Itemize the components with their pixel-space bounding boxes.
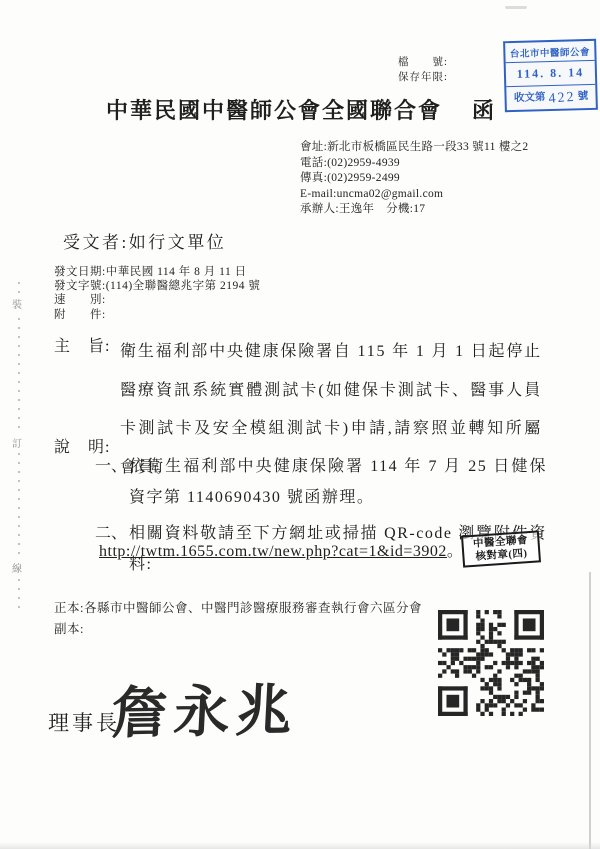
scan-smudge	[505, 6, 527, 9]
item-number: 一、	[95, 451, 127, 482]
archive-labels: 檔 號: 保存年限:	[398, 55, 448, 85]
scan-edge-shadow	[589, 572, 591, 849]
recipient-value: 如行文單位	[129, 233, 227, 252]
contact-undertaker: 承辦人:王逸年 分機:17	[300, 202, 528, 218]
original-copy-line: 正本:各縣市中醫師公會、中醫門診醫療服務審查執行會六區分會	[54, 598, 422, 619]
binding-mark-zhuang: 裝	[12, 294, 22, 313]
item-text: 依衛生福利部中央健康保險署 114 年 7 月 25 日健保資字第 114069…	[129, 458, 547, 506]
title-row: 中華民國中醫師公會全國聯合會 函	[0, 94, 600, 125]
check-stamp: 中醫全聯會 核對章(四)	[461, 530, 541, 567]
contact-email: E-mail:uncma02@gmail.com	[300, 187, 528, 203]
subject-label: 主 旨:	[54, 333, 110, 356]
contact-block: 會址:新北市板橋區民生路一段33 號11 樓之2 電話:(02)2959-493…	[300, 140, 528, 218]
attachment-url-line: http://twtm.1655.com.tw/new.php?cat=1&id…	[99, 538, 463, 561]
explanation-item-1: 一、依衛生福利部中央健康保險署 114 年 7 月 25 日健保資字第 1140…	[95, 451, 547, 513]
meta-block: 發文日期:中華民國 114 年 8 月 11 日 發文字號:(114)全聯醫總兆…	[54, 265, 260, 322]
file-no-label: 檔 號:	[398, 55, 448, 70]
recipient-line: 受文者:如行文單位	[63, 228, 226, 253]
retention-label: 保存年限:	[398, 70, 448, 85]
issue-date-line: 發文日期:中華民國 114 年 8 月 11 日	[54, 265, 260, 279]
receipt-stamp-date: 114. 8. 14	[506, 61, 596, 87]
chairman-signature: 詹永兆	[110, 666, 300, 749]
issue-no-line: 發文字號:(114)全聯醫總兆字第 2194 號	[54, 279, 260, 293]
speed-line: 速 別:	[54, 293, 260, 307]
contact-address: 會址:新北市板橋區民生路一段33 號11 樓之2	[300, 140, 528, 156]
qr-code	[438, 610, 544, 716]
binding-mark-ding: 訂	[12, 433, 22, 452]
official-letter-page: 檔 號: 保存年限: 台北市中醫師公會 114. 8. 14 收文第 422 號…	[0, 0, 600, 849]
recipient-label: 受文者:	[63, 233, 129, 252]
binding-mark-xian: 線	[12, 558, 22, 577]
document-type: 函	[472, 94, 494, 125]
attachment-url-link[interactable]: http://twtm.1655.com.tw/new.php?cat=1&id…	[99, 543, 447, 560]
copies-block: 正本:各縣市中醫師公會、中醫門診醫療服務審查執行會六區分會 副本:	[54, 598, 422, 640]
receipt-stamp-org: 台北市中醫師公會	[505, 41, 594, 63]
duplicate-copy-line: 副本:	[54, 619, 422, 640]
scan-bottom-shadow	[0, 842, 600, 849]
organization-title: 中華民國中醫師公會全國聯合會	[106, 94, 442, 125]
attachment-line: 附 件:	[54, 308, 260, 322]
contact-fax: 傳真:(02)2959-2499	[300, 171, 528, 187]
chairman-title: 理事長	[48, 707, 120, 737]
contact-phone: 電話:(02)2959-4939	[300, 156, 528, 172]
